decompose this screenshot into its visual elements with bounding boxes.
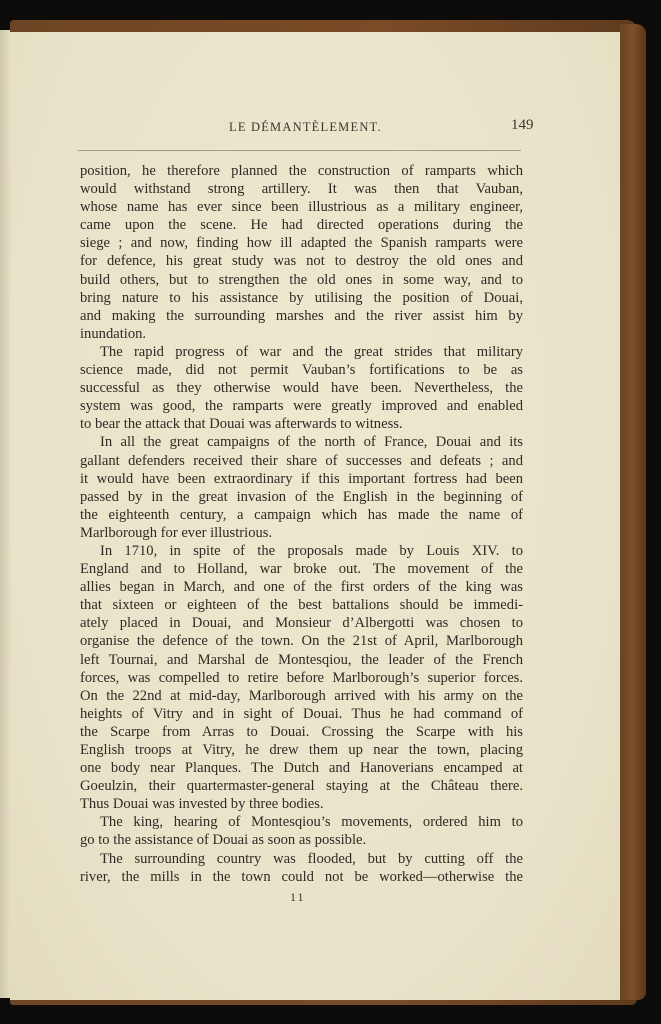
text-line: one body near Planques. The Dutch and Ha…: [80, 759, 523, 777]
text-line: heights of Vitry and in sight of Douai. …: [80, 705, 523, 723]
text-line: and making the surrounding marshes and t…: [80, 307, 523, 325]
text-line: siege ; and now, finding how ill adapted…: [80, 234, 523, 252]
text-line: On the 22nd at mid-day, Marlborough arri…: [80, 687, 523, 705]
text-line: system was good, the ramparts were great…: [80, 397, 523, 415]
text-line: Thus Douai was invested by three bodies.: [80, 795, 523, 813]
facing-page-edge: [0, 30, 10, 998]
text-line: left Tournai, and Marshal de Montesqiou,…: [80, 651, 523, 669]
paragraph-start-line: In all the great campaigns of the north …: [80, 433, 523, 451]
text-line: the eighteenth century, a campaign which…: [80, 506, 523, 524]
running-head: LE DÉMANTÈLEMENT.: [229, 120, 382, 135]
text-line: ately placed in Douai, and Monsieur d’Al…: [80, 614, 523, 632]
signature-mark: 11: [290, 890, 306, 905]
page-number: 149: [511, 117, 534, 134]
body-text: position, he therefore planned the const…: [80, 162, 523, 886]
text-line: whose name has ever since been illustrio…: [80, 198, 523, 216]
paragraph-start-line: In 1710, in spite of the proposals made …: [80, 542, 523, 560]
text-line: position, he therefore planned the const…: [80, 162, 523, 180]
text-line: English troops at Vitry, he drew them up…: [80, 741, 523, 759]
text-line: Goeulzin, their quartermaster-general st…: [80, 777, 523, 795]
text-line: build others, but to strengthen the old …: [80, 271, 523, 289]
text-line: bring nature to his assistance by utilis…: [80, 289, 523, 307]
paragraph-start-line: The rapid progress of war and the great …: [80, 343, 523, 361]
text-line: that sixteen or eighteen of the best bat…: [80, 596, 523, 614]
text-line: Marlborough for ever illustrious.: [80, 524, 523, 542]
text-line: would withstand strong artillery. It was…: [80, 180, 523, 198]
paragraph-start-line: The surrounding country was flooded, but…: [80, 850, 523, 868]
book-cover-edge: [620, 24, 646, 1000]
text-line: it would have been extraordinary if this…: [80, 470, 523, 488]
text-line: to bear the attack that Douai was afterw…: [80, 415, 523, 433]
text-line: came upon the scene. He had directed ope…: [80, 216, 523, 234]
text-line: the Scarpe from Arras to Douai. Crossing…: [80, 723, 523, 741]
text-line: passed by in the great invasion of the E…: [80, 488, 523, 506]
text-line: forces, was compelled to retire before M…: [80, 669, 523, 687]
header-rule: [78, 150, 521, 151]
text-line: inundation.: [80, 325, 523, 343]
text-line: go to the assistance of Douai as soon as…: [80, 831, 523, 849]
text-line: science made, did not permit Vauban’s fo…: [80, 361, 523, 379]
text-line: gallant defenders received their share o…: [80, 452, 523, 470]
paragraph-start-line: The king, hearing of Montesqiou’s moveme…: [80, 813, 523, 831]
text-line: organise the defence of the town. On the…: [80, 632, 523, 650]
text-line: river, the mills in the town could not b…: [80, 868, 523, 886]
text-line: successful as they otherwise would have …: [80, 379, 523, 397]
text-line: for defence, his great study was not to …: [80, 252, 523, 270]
text-line: allies began in March, and one of the fi…: [80, 578, 523, 596]
text-line: England and to Holland, war broke out. T…: [80, 560, 523, 578]
